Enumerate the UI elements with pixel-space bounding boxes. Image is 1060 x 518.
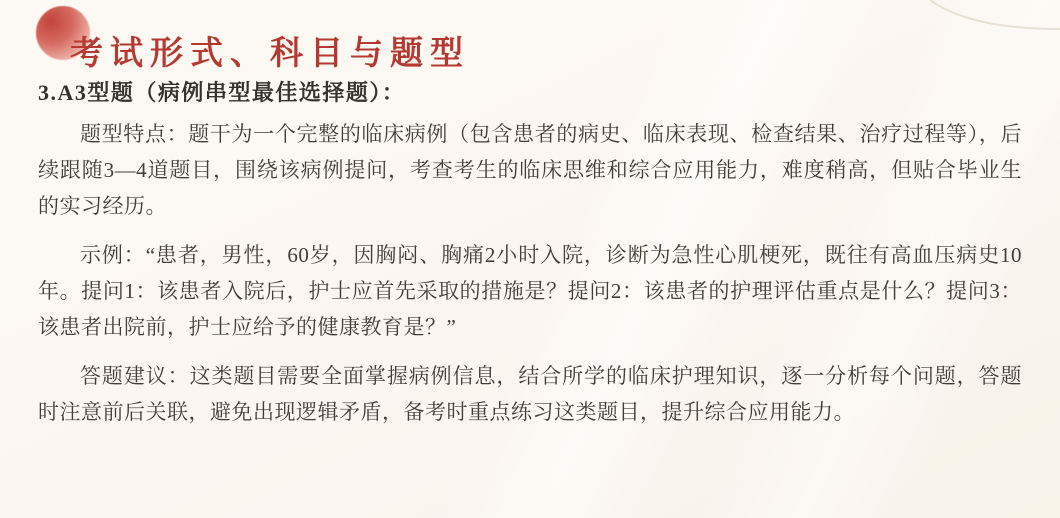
slide-body: 3.A3型题（病例串型最佳选择题）： 题型特点：题干为一个完整的临床病例（包含患… <box>38 76 1022 443</box>
paragraph-answer-advice: 答题建议：这类题目需要全面掌握病例信息，结合所学的临床护理知识，逐一分析每个问题… <box>38 358 1022 430</box>
corner-curve-decoration <box>925 0 1060 34</box>
presentation-slide: 考试形式、科目与题型 3.A3型题（病例串型最佳选择题）： 题型特点：题干为一个… <box>0 0 1060 518</box>
section-heading: 3.A3型题（病例串型最佳选择题）： <box>38 76 1022 107</box>
paragraph-example: 示例：“患者，男性，60岁，因胸闷、胸痛2小时入院，诊断为急性心肌梗死，既往有高… <box>38 237 1022 345</box>
paragraph-question-type-features: 题型特点：题干为一个完整的临床病例（包含患者的病史、临床表现、检查结果、治疗过程… <box>38 116 1022 224</box>
slide-title: 考试形式、科目与题型 <box>70 27 470 74</box>
